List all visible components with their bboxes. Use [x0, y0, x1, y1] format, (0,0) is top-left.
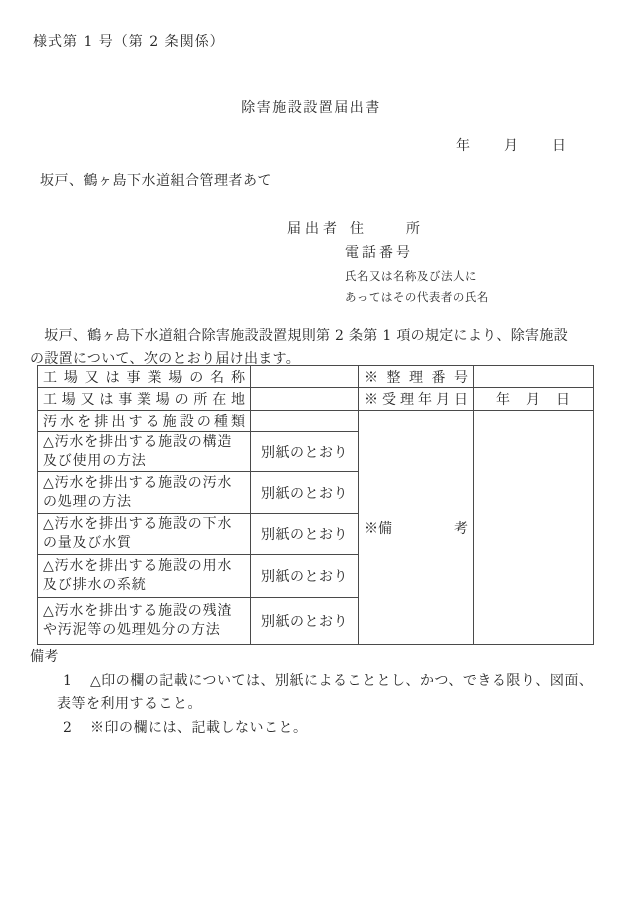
form-table: 工場又は事業場の名称 ※整理番号 工場又は事業場の所在地 ※受理年月日 年 月 … — [37, 365, 594, 645]
volume-quality-value-cell: 別紙のとおり — [251, 514, 359, 555]
treatment-value-cell: 別紙のとおり — [251, 472, 359, 514]
note-2-text-line1: ※印の欄には、記載しないこと。 — [90, 720, 308, 736]
applicant-row: 届出者住 所 — [287, 219, 489, 239]
form-page: 様式第 1 号（第 2 条関係） 除害施設設置届出書 年 月 日 坂戸、鶴ヶ島下… — [0, 0, 630, 903]
addressee-line: 坂戸、鶴ヶ島下水道組合管理者あて — [40, 170, 272, 190]
treatment-label-cell: △汚水を排出する施設の汚水 の処理の方法 — [38, 472, 251, 514]
phone-label: 電話番号 — [345, 243, 489, 263]
note-1-number: 1 — [63, 670, 90, 694]
note-1-text-line1: △印の欄の記載については、別紙によることとし、かつ、できる限り、図面、 — [90, 673, 593, 689]
applicant-block: 届出者住 所 電話番号 氏名又は名称及び法人に あってはその代表者の氏名 — [287, 219, 489, 305]
facility-type-label-cell: 汚水を排出する施設の種類 — [38, 411, 251, 432]
receipt-date-label-cell: ※受理年月日 — [359, 388, 474, 411]
applicant-label: 届出者 — [287, 221, 341, 237]
volume-quality-label-cell: △汚水を排出する施設の下水 の量及び水質 — [38, 514, 251, 555]
water-system-label-cell: △汚水を排出する施設の用水 及び排水の系統 — [38, 555, 251, 598]
name-label-cell: 工場又は事業場の名称 — [38, 366, 251, 388]
note-item-2: 2※印の欄には、記載しないこと。 — [63, 717, 593, 741]
structure-value-cell: 別紙のとおり — [251, 432, 359, 472]
water-system-value-cell: 別紙のとおり — [251, 555, 359, 598]
note-item-1: 1△印の欄の記載については、別紙によることとし、かつ、できる限り、図面、 — [63, 670, 593, 694]
note-2-number: 2 — [63, 717, 90, 741]
note-1-text-line2: 表等を利用すること。 — [57, 693, 593, 717]
notes-heading: 備考 — [30, 646, 593, 670]
date-line: 年 月 日 — [456, 135, 568, 155]
table-row-address: 工場又は事業場の所在地 ※受理年月日 年 月 日 — [38, 388, 594, 411]
form-number: 様式第 1 号（第 2 条関係） — [33, 31, 225, 51]
document-title: 除害施設設置届出書 — [0, 97, 622, 117]
notes-section: 備考 1△印の欄の記載については、別紙によることとし、かつ、できる限り、図面、 … — [30, 646, 593, 740]
receipt-date-value-cell: 年 月 日 — [474, 388, 594, 411]
structure-label-cell: △汚水を排出する施設の構造 及び使用の方法 — [38, 432, 251, 472]
table-row-facility-type: 汚水を排出する施設の種類 ※備 考 — [38, 411, 594, 432]
reference-number-label-cell: ※整理番号 — [359, 366, 474, 388]
address-label-cell: 工場又は事業場の所在地 — [38, 388, 251, 411]
reference-number-value-cell — [474, 366, 594, 388]
remarks-label-left: ※備 — [364, 518, 392, 538]
remarks-value-cell — [474, 411, 594, 645]
facility-type-value-cell — [251, 411, 359, 432]
sludge-disposal-label-cell: △汚水を排出する施設の残渣 や汚泥等の処理処分の方法 — [38, 598, 251, 645]
table-row-name: 工場又は事業場の名称 ※整理番号 — [38, 366, 594, 388]
name-note-line2: あってはその代表者の氏名 — [345, 290, 489, 305]
name-value-cell — [251, 366, 359, 388]
remarks-label-right: 考 — [454, 518, 468, 538]
address-value-cell — [251, 388, 359, 411]
body-paragraph-line1: 坂戸、鶴ヶ島下水道組合除害施設設置規則第 2 条第 1 項の規定により、除害施設 — [30, 325, 568, 348]
name-note-line1: 氏名又は名称及び法人に — [345, 269, 489, 284]
remarks-label-cell: ※備 考 — [359, 411, 474, 645]
address-label: 住 所 — [350, 221, 420, 237]
sludge-disposal-value-cell: 別紙のとおり — [251, 598, 359, 645]
